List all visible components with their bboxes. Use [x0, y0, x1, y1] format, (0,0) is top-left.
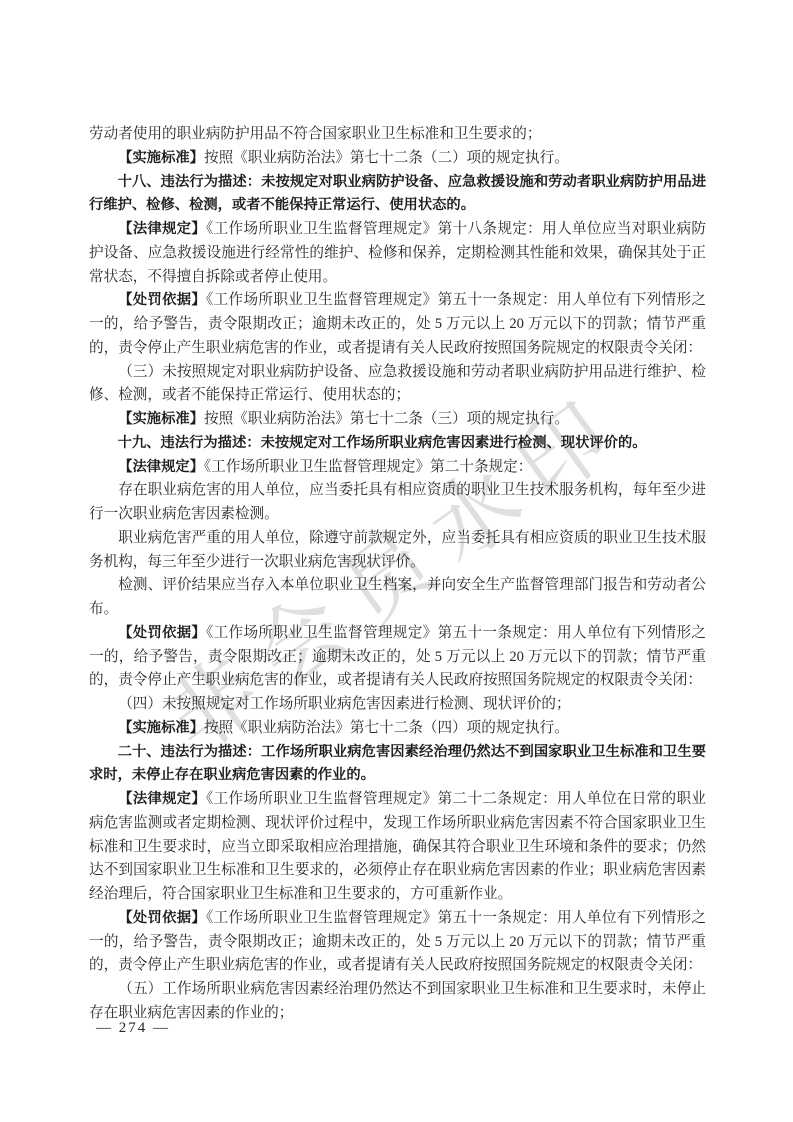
paragraph: 职业病危害严重的用人单位，除遵守前款规定外，应当委托具有相应资质的职业卫生技术服…	[89, 527, 706, 575]
paragraph: 【处罚依据】《工作场所职业卫生监督管理规定》第五十一条规定：用人单位有下列情形之…	[89, 289, 706, 360]
document-page: 非会员水印 劳动者使用的职业病防护用品不符合国家职业卫生标准和卫生要求的；【实施…	[0, 0, 793, 1122]
paragraph-label: 十八、违法行为描述：	[118, 174, 262, 190]
paragraph-label: 十九、违法行为描述：	[118, 435, 261, 451]
section-heading: 二十、违法行为描述：工作场所职业病危害因素经治理仍然达不到国家职业卫生标准和卫生…	[89, 741, 706, 789]
paragraph-label: 【处罚依据】	[118, 910, 206, 926]
paragraph: 【实施标准】按照《职业病防治法》第七十二条（三）项的规定执行。	[89, 408, 706, 432]
section-heading: 十九、违法行为描述：未按规定对工作场所职业病危害因素进行检测、现状评价的。	[89, 432, 706, 456]
paragraph-label: 【实施标准】	[118, 411, 204, 427]
paragraph: 存在职业病危害的用人单位，应当委托具有相应资质的职业卫生技术服务机构，每年至少进…	[89, 479, 706, 527]
paragraph: 【法律规定】《工作场所职业卫生监督管理规定》第二十二条规定：用人单位在日常的职业…	[89, 788, 706, 907]
page-number: — 274 —	[96, 1020, 170, 1037]
document-body: 劳动者使用的职业病防护用品不符合国家职业卫生标准和卫生要求的；【实施标准】按照《…	[89, 123, 706, 1026]
paragraph-label: 【实施标准】	[118, 720, 204, 736]
paragraph: （四）未按照规定对工作场所职业病危害因素进行检测、现状评价的；	[89, 693, 706, 717]
paragraph: （五）工作场所职业病危害因素经治理仍然达不到国家职业卫生标准和卫生要求时，未停止…	[89, 978, 706, 1026]
paragraph: 【法律规定】《工作场所职业卫生监督管理规定》第十八条规定：用人单位应当对职业病防…	[89, 218, 706, 289]
paragraph-label: 【处罚依据】	[118, 625, 206, 641]
paragraph-label: 【处罚依据】	[118, 292, 206, 308]
paragraph: 【实施标准】按照《职业病防治法》第七十二条（二）项的规定执行。	[89, 147, 706, 171]
paragraph: 劳动者使用的职业病防护用品不符合国家职业卫生标准和卫生要求的；	[89, 123, 706, 147]
paragraph-label: 【法律规定】	[118, 459, 204, 475]
paragraph-label: 【法律规定】	[118, 221, 206, 237]
paragraph-label: 二十、违法行为描述：	[118, 744, 262, 760]
paragraph-label: 【法律规定】	[118, 791, 206, 807]
paragraph-label: 【实施标准】	[118, 150, 204, 166]
paragraph: 【处罚依据】《工作场所职业卫生监督管理规定》第五十一条规定：用人单位有下列情形之…	[89, 907, 706, 978]
paragraph: 【处罚依据】《工作场所职业卫生监督管理规定》第五十一条规定：用人单位有下列情形之…	[89, 622, 706, 693]
paragraph: 【实施标准】按照《职业病防治法》第七十二条（四）项的规定执行。	[89, 717, 706, 741]
section-heading: 十八、违法行为描述：未按规定对职业病防护设备、应急救援设施和劳动者职业病防护用品…	[89, 171, 706, 219]
paragraph: （三）未按照规定对职业病防护设备、应急救援设施和劳动者职业病防护用品进行维护、检…	[89, 361, 706, 409]
paragraph: 检测、评价结果应当存入本单位职业卫生档案，并向安全生产监督管理部门报告和劳动者公…	[89, 574, 706, 622]
paragraph: 【法律规定】《工作场所职业卫生监督管理规定》第二十条规定：	[89, 456, 706, 480]
